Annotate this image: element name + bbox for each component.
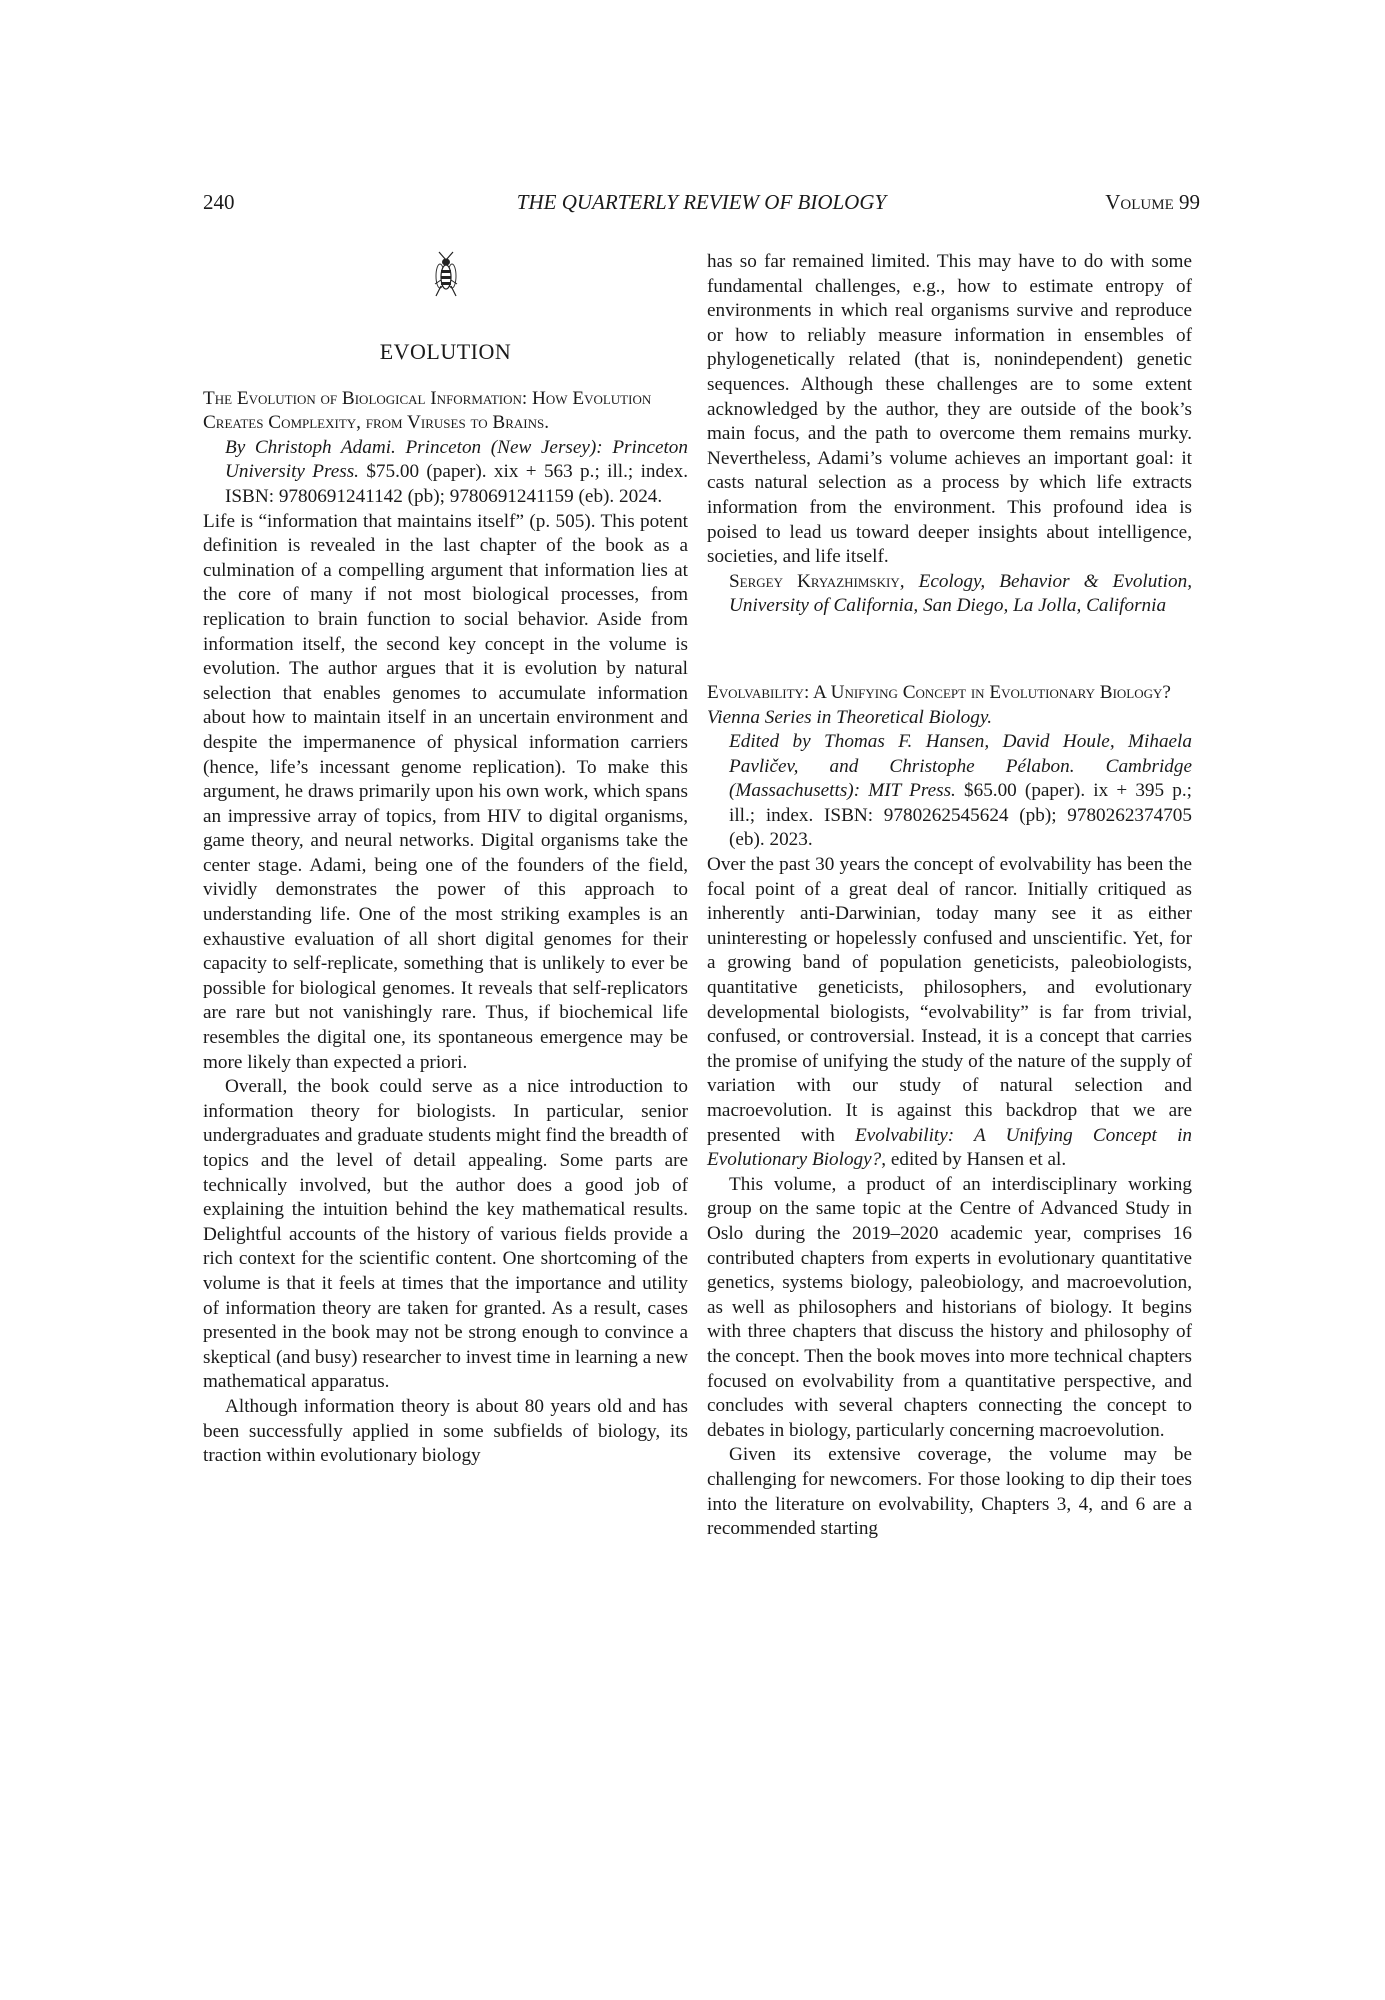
left-column: EVOLUTION The Evolution of Biological In… — [203, 250, 688, 1469]
right-column: has so far remained limited. This may ha… — [707, 250, 1192, 1542]
review2-paragraph-1: Over the past 30 years the concept of ev… — [707, 853, 1192, 1173]
review1-paragraph-3-continued: has so far remained limited. This may ha… — [707, 250, 1192, 570]
review1-paragraph-3: Although information theory is about 80 … — [203, 1395, 688, 1469]
section-title: EVOLUTION — [203, 340, 688, 365]
reviewer-name: Sergey Kryazhimskiy — [729, 571, 900, 592]
review2-paragraph-1-text: Over the past 30 years the concept of ev… — [707, 854, 1192, 1146]
review2-title-text: Evolvability: A Unifying Concept in Evol… — [707, 682, 1171, 703]
spacer — [707, 619, 1192, 681]
review1-signature: Sergey Kryazhimskiy, Ecology, Behavior &… — [729, 570, 1192, 619]
review2-series: Vienna Series in Theoretical Biology. — [707, 707, 992, 728]
volume-label: Volume 99 — [1105, 190, 1200, 215]
review2-book-title: Evolvability: A Unifying Concept in Evol… — [707, 681, 1192, 730]
review1-paragraph-1: Life is “information that maintains itse… — [203, 510, 688, 1076]
running-head: 240 THE QUARTERLY REVIEW OF BIOLOGY Volu… — [203, 190, 1200, 220]
review1-bibliographic-details: By Christoph Adami. Princeton (New Jerse… — [225, 436, 688, 510]
review2-paragraph-1-end: , edited by Hansen et al. — [881, 1149, 1066, 1170]
bee-icon — [431, 250, 461, 300]
review2-paragraph-3: Given its extensive coverage, the volume… — [707, 1443, 1192, 1541]
review1-book-title: The Evolution of Biological Information:… — [203, 387, 688, 436]
journal-title: THE QUARTERLY REVIEW OF BIOLOGY — [203, 190, 1200, 215]
review1-paragraph-2: Overall, the book could serve as a nice … — [203, 1075, 688, 1395]
review2-bibliographic-details: Edited by Thomas F. Hansen, David Houle,… — [729, 730, 1192, 853]
review2-paragraph-2: This volume, a product of an interdiscip… — [707, 1173, 1192, 1444]
